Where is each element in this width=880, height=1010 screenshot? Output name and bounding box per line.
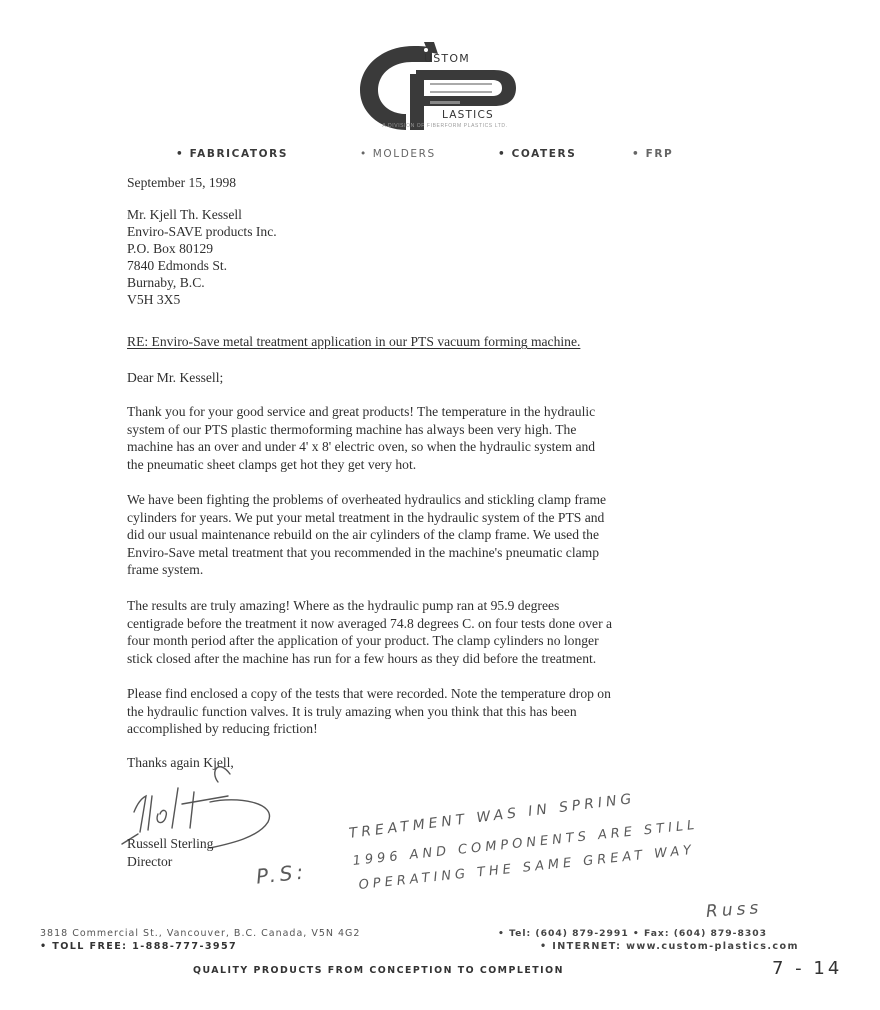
paragraph-line: four month period after the application … <box>127 632 752 650</box>
service-frp: • FRP <box>632 148 673 160</box>
footer-tel-fax: • Tel: (604) 879-2991 • Fax: (604) 879-8… <box>498 928 767 939</box>
paragraph-line: We have been fighting the problems of ov… <box>127 491 752 509</box>
services-line: • FABRICATORS • MOLDERS • COATERS • FRP <box>170 148 730 164</box>
footer-internet: • INTERNET: www.custom-plastics.com <box>540 941 799 952</box>
paragraph-line: accomplished by reducing friction! <box>127 720 752 738</box>
paragraph-line: cylinders for years. We put your metal t… <box>127 509 752 527</box>
salutation: Dear Mr. Kessell; <box>127 370 223 386</box>
recipient-line: P.O. Box 80129 <box>127 240 752 257</box>
paragraph-4: Please find enclosed a copy of the tests… <box>127 685 752 738</box>
ps-signoff: Russ <box>705 898 763 922</box>
footer-tagline: QUALITY PRODUCTS FROM CONCEPTION TO COMP… <box>193 965 564 976</box>
paragraph-line: The results are truly amazing! Where as … <box>127 597 752 615</box>
service-coaters: • COATERS <box>498 148 576 160</box>
paragraph-1: Thank you for your good service and grea… <box>127 403 752 473</box>
page-number: 7 - 14 <box>772 958 842 979</box>
company-logo: USTOM LASTICS <box>354 40 524 136</box>
recipient-line: 7840 Edmonds St. <box>127 257 752 274</box>
paragraph-line: the hydraulic function valves. It is tru… <box>127 703 752 721</box>
paragraph-3: The results are truly amazing! Where as … <box>127 597 752 667</box>
paragraph-line: machine has an over and under 4' x 8' el… <box>127 438 752 456</box>
recipient-line: V5H 3X5 <box>127 291 752 308</box>
ps-label: P.S: <box>255 859 308 888</box>
service-fabricators: • FABRICATORS <box>176 148 288 160</box>
paragraph-line: Please find enclosed a copy of the tests… <box>127 685 752 703</box>
recipient-line: Mr. Kjell Th. Kessell <box>127 206 752 223</box>
paragraph-line: centigrade before the treatment it now a… <box>127 615 752 633</box>
letter-date: September 15, 1998 <box>127 175 236 191</box>
paragraph-line: the pneumatic sheet clamps get hot they … <box>127 456 752 474</box>
subject-line: RE: Enviro-Save metal treatment applicat… <box>127 334 580 350</box>
paragraph-line: did our usual maintenance rebuild on the… <box>127 526 752 544</box>
logo-subtext: A DIVISION OF FIBERFORM PLASTICS LTD. <box>370 123 520 129</box>
footer-toll-free: • TOLL FREE: 1-888-777-3957 <box>40 941 237 952</box>
paragraph-2: We have been fighting the problems of ov… <box>127 491 752 579</box>
paragraph-line: Enviro-Save metal treatment that you rec… <box>127 544 752 562</box>
recipient-line: Enviro-SAVE products Inc. <box>127 223 752 240</box>
paragraph-line: stick closed after the machine has run f… <box>127 650 752 668</box>
paragraph-line: frame system. <box>127 561 752 579</box>
paragraph-line: system of our PTS plastic thermoforming … <box>127 421 752 439</box>
footer-address: 3818 Commercial St., Vancouver, B.C. Can… <box>40 928 360 939</box>
logo-text-custom: USTOM <box>424 52 470 65</box>
recipient-address: Mr. Kjell Th. Kessell Enviro-SAVE produc… <box>127 206 752 308</box>
signer-title: Director <box>127 854 172 870</box>
paragraph-line: Thank you for your good service and grea… <box>127 403 752 421</box>
service-molders: • MOLDERS <box>360 148 436 160</box>
logo-text-plastics: LASTICS <box>442 109 494 121</box>
recipient-line: Burnaby, B.C. <box>127 274 752 291</box>
signer-name: Russell Sterling <box>127 836 213 852</box>
